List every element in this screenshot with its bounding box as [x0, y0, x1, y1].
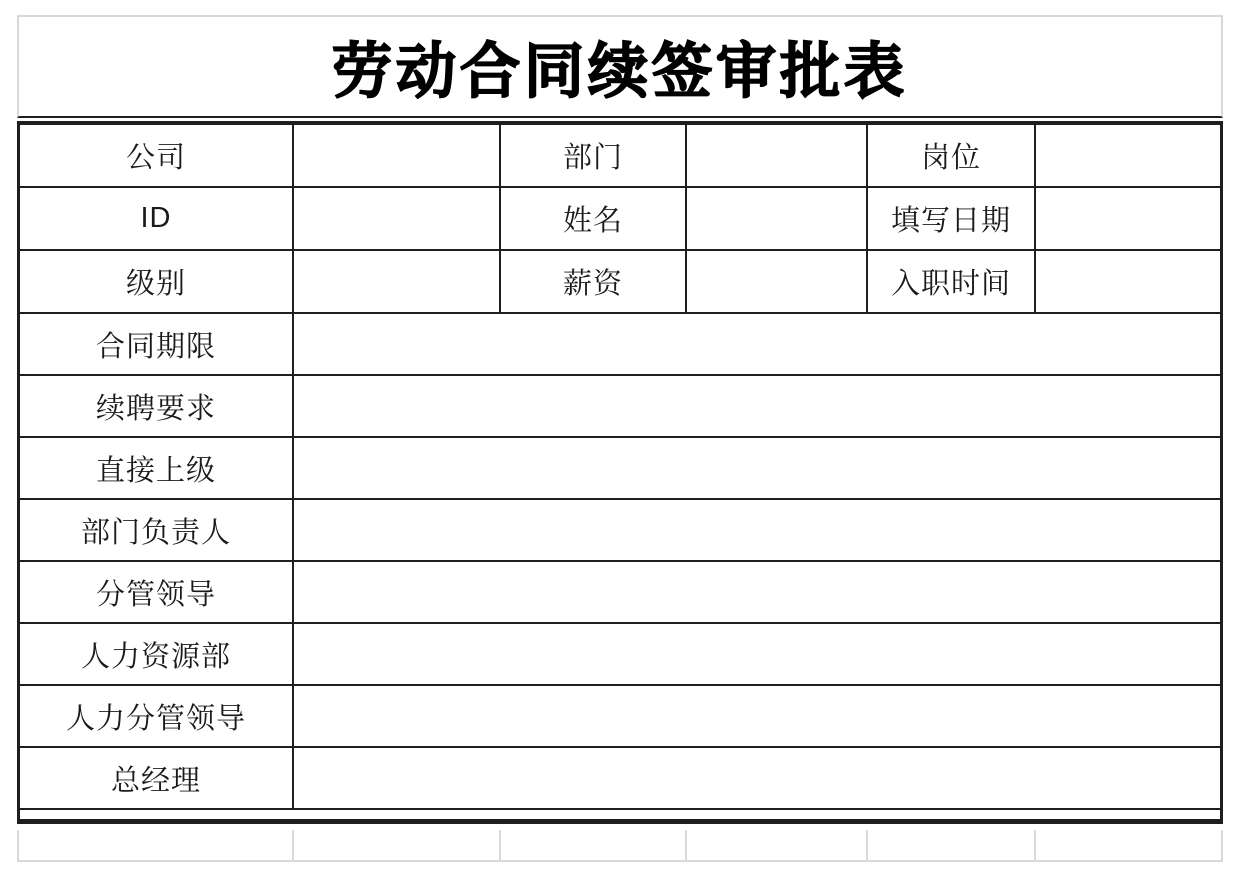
ghost-cell — [19, 830, 294, 860]
field-label-general-manager: 总经理 — [20, 748, 294, 810]
ghost-cell — [868, 830, 1036, 860]
field-label-salary: 薪资 — [501, 251, 687, 314]
field-label-renewal-requirement: 续聘要求 — [20, 376, 294, 438]
field-value-hr-department[interactable] — [294, 624, 1220, 686]
field-value-department[interactable] — [687, 125, 868, 188]
field-value-general-manager[interactable] — [294, 748, 1220, 810]
field-value-company[interactable] — [294, 125, 501, 188]
field-value-direct-supervisor[interactable] — [294, 438, 1220, 500]
approval-form-page: 劳动合同续签审批表 公司 部门 岗位 ID 姓名 填写日期 级别 薪资 入职时间… — [0, 0, 1242, 880]
field-label-direct-supervisor: 直接上级 — [20, 438, 294, 500]
field-label-name: 姓名 — [501, 188, 687, 251]
ghost-cell — [501, 830, 687, 860]
field-value-hr-supervising-leader[interactable] — [294, 686, 1220, 748]
field-label-employee-id: ID — [20, 188, 294, 251]
field-value-salary[interactable] — [687, 251, 868, 314]
field-label-company: 公司 — [20, 125, 294, 188]
field-label-hr-supervising-leader: 人力分管领导 — [20, 686, 294, 748]
field-label-hr-department: 人力资源部 — [20, 624, 294, 686]
form-title-box: 劳动合同续签审批表 — [17, 15, 1223, 118]
field-label-hire-date: 入职时间 — [868, 251, 1036, 314]
field-value-name[interactable] — [687, 188, 868, 251]
field-label-level: 级别 — [20, 251, 294, 314]
ghost-cell — [1036, 830, 1221, 860]
field-label-fill-date: 填写日期 — [868, 188, 1036, 251]
field-value-position[interactable] — [1036, 125, 1220, 188]
field-value-level[interactable] — [294, 251, 501, 314]
ghost-cell — [294, 830, 501, 860]
field-label-contract-term: 合同期限 — [20, 314, 294, 376]
field-value-employee-id[interactable] — [294, 188, 501, 251]
field-value-contract-term[interactable] — [294, 314, 1220, 376]
field-label-department: 部门 — [501, 125, 687, 188]
approval-form-table: 公司 部门 岗位 ID 姓名 填写日期 级别 薪资 入职时间 合同期限 续聘要求… — [17, 121, 1223, 824]
page-title: 劳动合同续签审批表 — [332, 24, 908, 110]
bottom-spacer-row — [20, 810, 1220, 819]
field-label-department-head: 部门负责人 — [20, 500, 294, 562]
field-value-fill-date[interactable] — [1036, 188, 1220, 251]
ghost-cell — [687, 830, 868, 860]
field-value-hire-date[interactable] — [1036, 251, 1220, 314]
field-value-department-head[interactable] — [294, 500, 1220, 562]
spreadsheet-ghost-row — [17, 830, 1223, 862]
field-value-supervising-leader[interactable] — [294, 562, 1220, 624]
field-label-supervising-leader: 分管领导 — [20, 562, 294, 624]
field-label-position: 岗位 — [868, 125, 1036, 188]
field-value-renewal-requirement[interactable] — [294, 376, 1220, 438]
